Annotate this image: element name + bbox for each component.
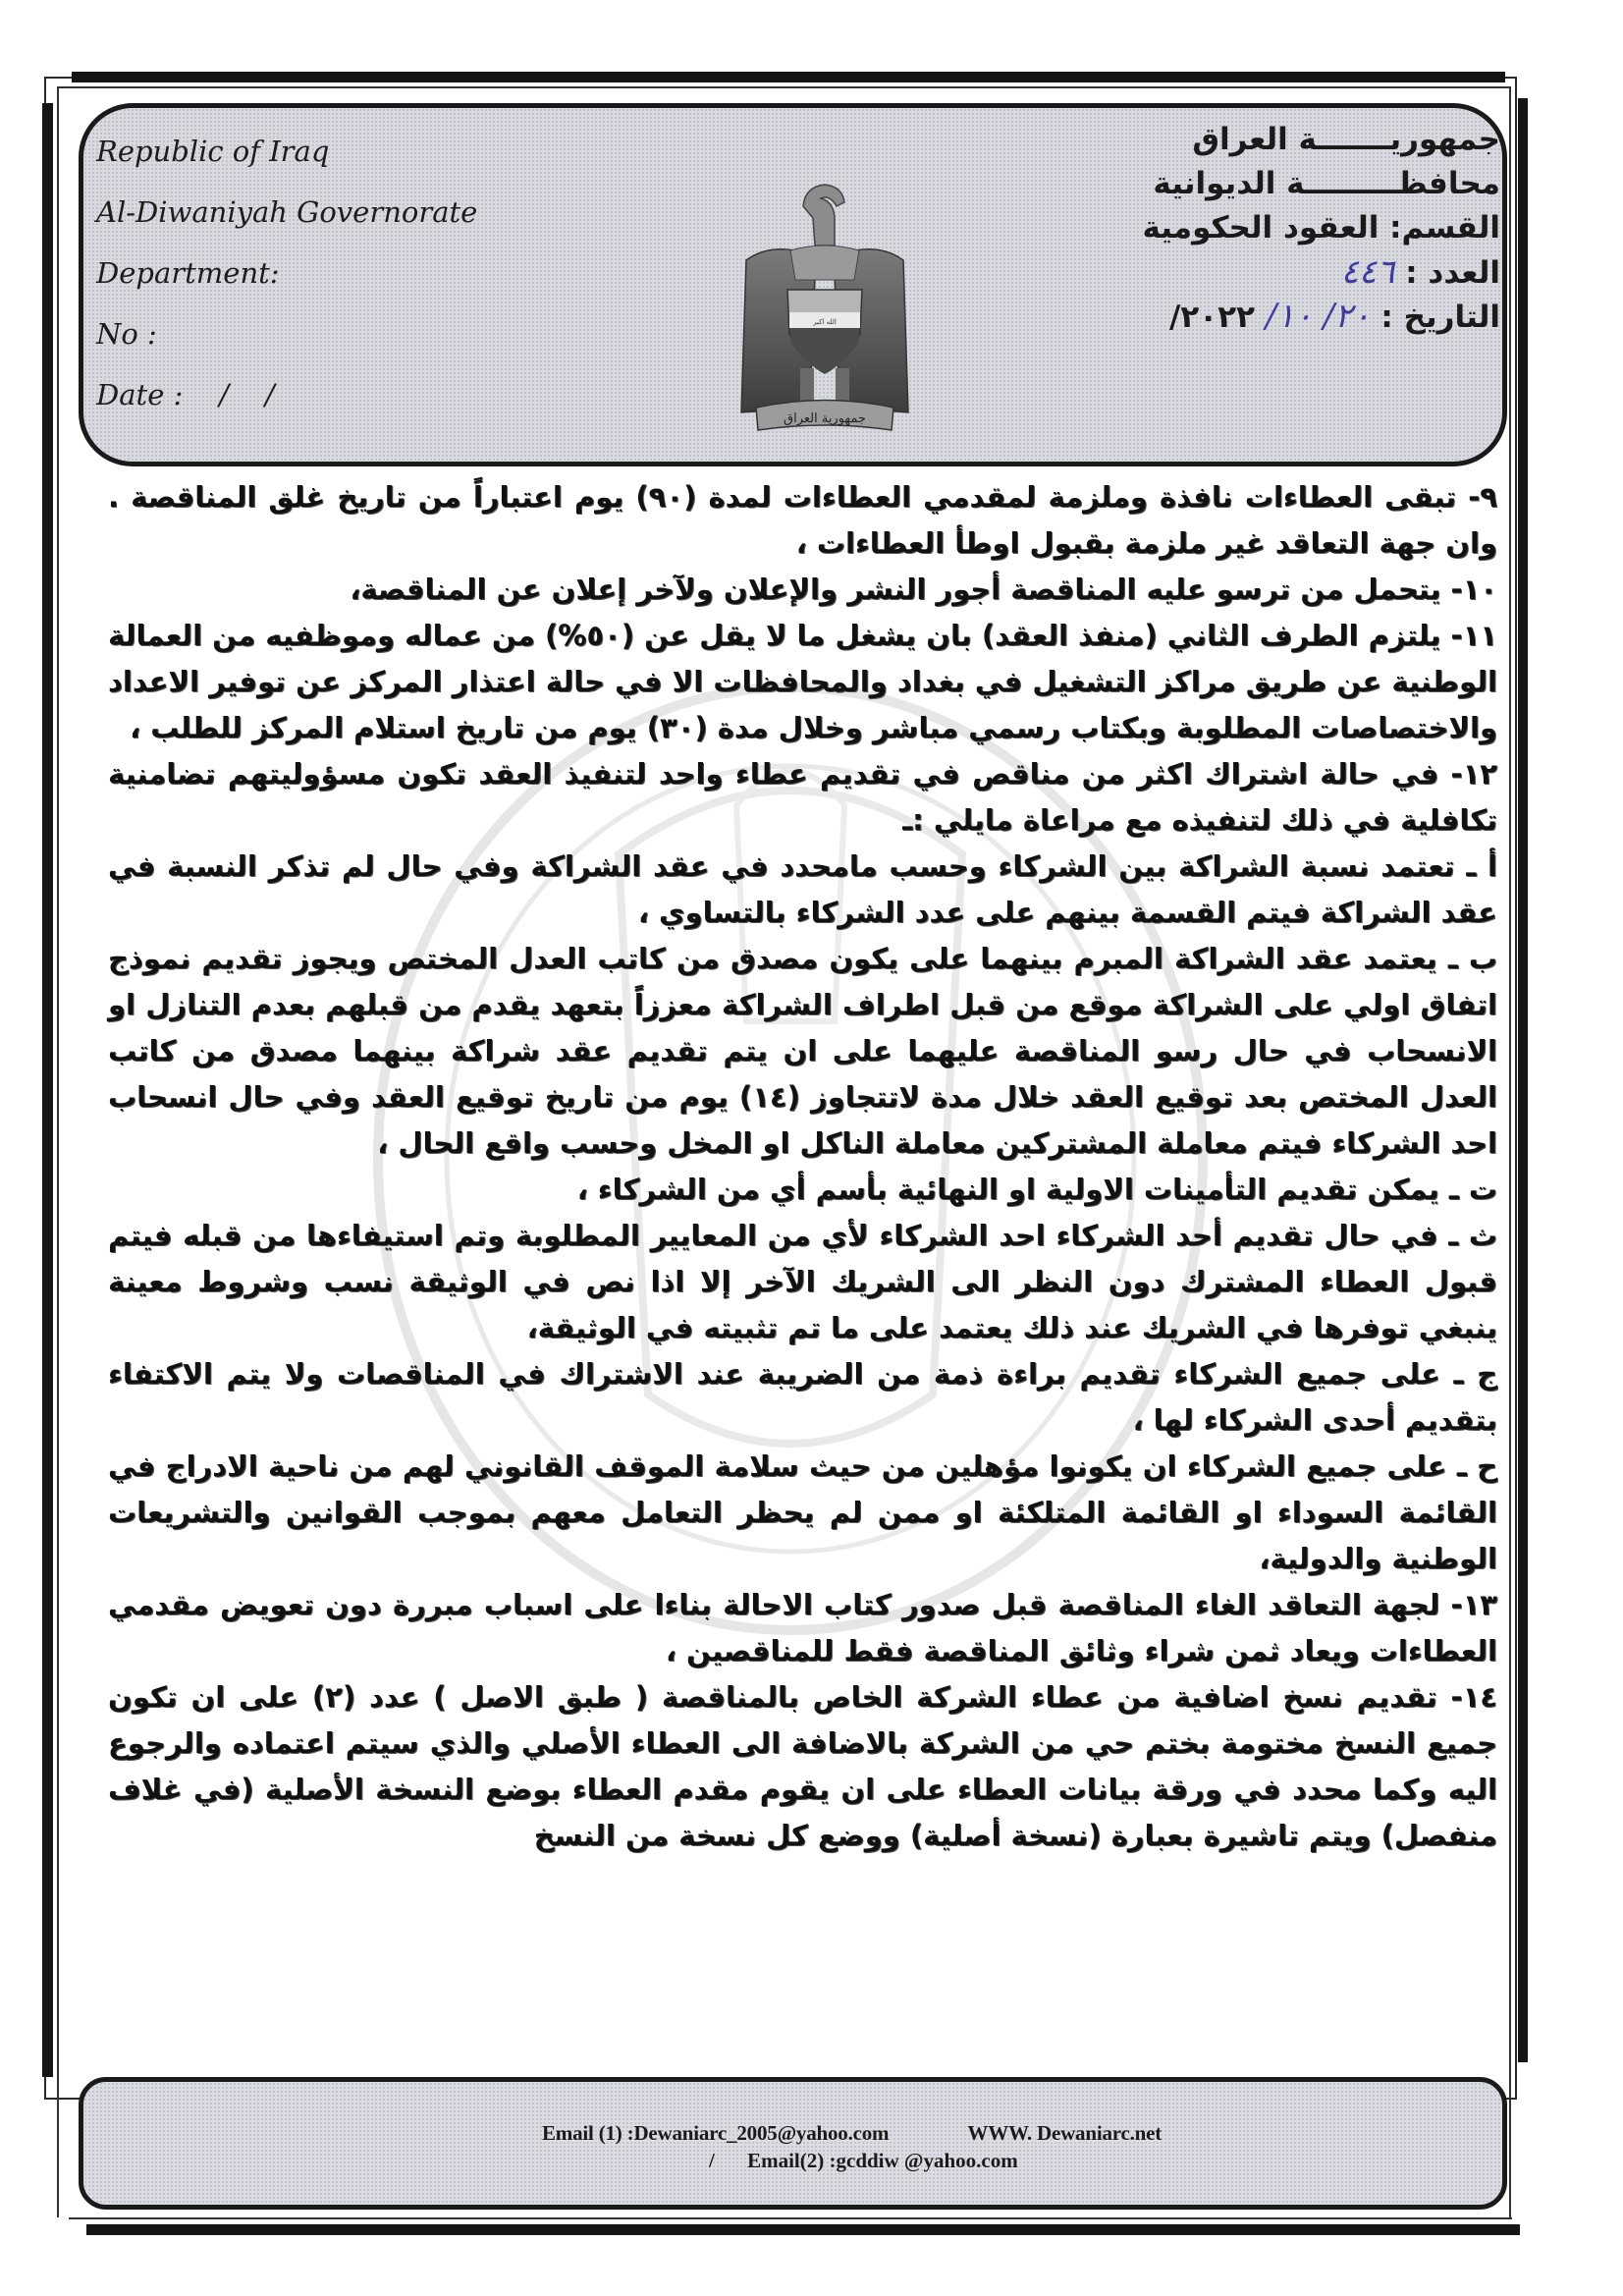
- arabic-date-label: التاريخ :: [1380, 300, 1500, 335]
- english-governorate: Al-Diwaniyah Governorate: [96, 198, 477, 259]
- date-handwritten: ٢٠/ ١٠/: [1266, 297, 1371, 336]
- footer-contact-line-2: / Email(2) :gcddiw @yahoo.com: [709, 2149, 1018, 2173]
- english-department-label: Department:: [96, 259, 477, 320]
- page-frame-top: [72, 72, 1505, 82]
- page-frame-inner-top: [57, 86, 1510, 88]
- english-date-label: Date : / /: [96, 381, 477, 442]
- clause-12-d: ث ـ في حال تقديم أحد الشركاء احد الشركاء…: [108, 1213, 1497, 1351]
- arabic-number-label: العدد :: [1405, 255, 1500, 291]
- page-frame-right: [1518, 98, 1528, 2062]
- clause-14: ١٤- تقديم نسخ اضافية من عطاء الشركة الخا…: [108, 1674, 1497, 1859]
- arabic-number-row: العدد : ٤٤٦: [1142, 250, 1500, 295]
- iraq-eagle-emblem-icon: الله اكبر جمهورية العراق: [727, 147, 923, 432]
- english-country: Republic of Iraq: [96, 137, 477, 198]
- arabic-date-row: التاريخ : ٢٠/ ١٠/ ٢٠٢٢/: [1142, 295, 1500, 339]
- svg-text:جمهورية العراق: جمهورية العراق: [784, 411, 866, 426]
- page-frame-inner-left: [57, 86, 59, 2217]
- footer-contact-line-1: Email (1) :Dewaniarc_2005@yahoo.com WWW.…: [542, 2121, 1162, 2146]
- footer-separator: /: [709, 2149, 715, 2172]
- clause-12-b: ب ـ يعتمد عقد الشراكة المبرم بينهما على …: [108, 936, 1497, 1167]
- page-frame-inner-right: [1509, 86, 1511, 2217]
- arabic-department: القسم: العقود الحكومية: [1142, 206, 1500, 250]
- clause-9: ٩- تبقى العطاءات نافذة وملزمة لمقدمي الع…: [108, 474, 1497, 567]
- clause-13: ١٣- لجهة التعاقد الغاء المناقصة قبل صدور…: [108, 1582, 1497, 1674]
- footer-website[interactable]: WWW. Dewaniarc.net: [967, 2121, 1162, 2145]
- page-frame-left: [42, 103, 53, 2077]
- date-year: ٢٠٢٢/: [1169, 300, 1255, 335]
- clause-10: ١٠- يتحمل من ترسو عليه المناقصة أجور الن…: [108, 567, 1497, 613]
- clause-11: ١١- يلتزم الطرف الثاني (منفذ العقد) بان …: [108, 613, 1497, 751]
- clause-12-e: ج ـ على جميع الشركاء تقديم براءة ذمة من …: [108, 1351, 1497, 1444]
- arabic-country: جمهوريـــــــة العراق: [1142, 118, 1500, 162]
- page-frame-inner-bottom: [69, 2217, 1512, 2219]
- document-number-handwritten: ٤٤٦: [1341, 252, 1395, 292]
- english-number-label: No :: [96, 320, 477, 381]
- svg-text:الله اكبر: الله اكبر: [812, 318, 837, 326]
- clause-12: ١٢- في حالة اشتراك اكثر من مناقص في تقدي…: [108, 751, 1497, 844]
- clause-12-f: ح ـ على جميع الشركاء ان يكونوا مؤهلين من…: [108, 1444, 1497, 1582]
- document-body: ٩- تبقى العطاءات نافذة وملزمة لمقدمي الع…: [108, 474, 1497, 1859]
- clause-12-c: ت ـ يمكن تقديم التأمينات الاولية او النه…: [108, 1167, 1497, 1213]
- letterhead-english: Republic of Iraq Al-Diwaniyah Governorat…: [96, 137, 477, 442]
- letterhead-arabic: جمهوريـــــــة العراق محافظـــــــــة ال…: [1142, 118, 1500, 339]
- footer-email-1[interactable]: Email (1) :Dewaniarc_2005@yahoo.com: [542, 2121, 889, 2145]
- clause-12-a: أ ـ تعتمد نسبة الشراكة بين الشركاء وحسب …: [108, 844, 1497, 936]
- footer-email-2[interactable]: Email(2) :gcddiw @yahoo.com: [747, 2149, 1018, 2172]
- page-frame-bottom: [86, 2224, 1520, 2235]
- arabic-governorate: محافظـــــــــة الديوانية: [1142, 162, 1500, 206]
